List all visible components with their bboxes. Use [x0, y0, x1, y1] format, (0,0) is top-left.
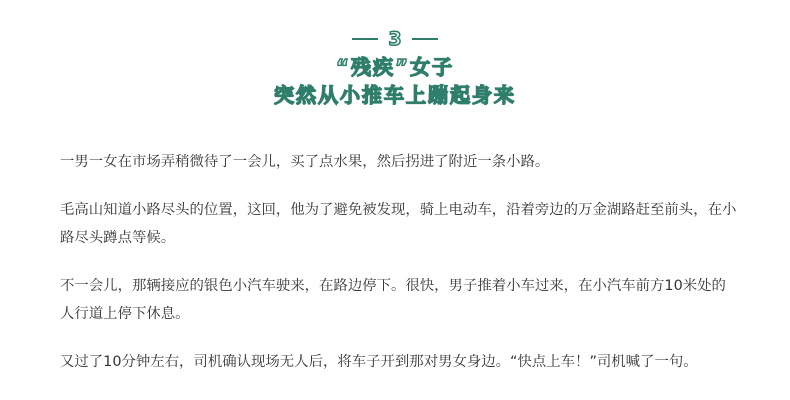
section-title-line2: 突然从小推车上蹦起身来 — [0, 81, 790, 109]
left-dash-divider — [352, 38, 378, 40]
paragraph: 又过了10分钟左右，司机确认现场无人后，将车子开到那对男女身边。“快点上车！”司… — [60, 348, 740, 376]
section-number-line: 3 — [0, 28, 790, 50]
paragraph: 不一会儿，那辆接应的银色小汽车驶来，在路边停下。很快，男子推着小车过来，在小汽车… — [60, 272, 740, 328]
paragraph: 毛高山知道小路尽头的位置，这回，他为了避免被发现，骑上电动车，沿着旁边的万金湖路… — [60, 196, 740, 252]
section-title-line1: “残疾”女子 — [0, 53, 790, 81]
section-header: 3 “残疾”女子 突然从小推车上蹦起身来 — [0, 28, 790, 109]
right-dash-divider — [412, 38, 438, 40]
article-body: 一男一女在市场弄稍微待了一会儿，买了点水果，然后拐进了附近一条小路。 毛高山知道… — [60, 148, 740, 396]
section-number: 3 — [388, 28, 401, 50]
paragraph: 一男一女在市场弄稍微待了一会儿，买了点水果，然后拐进了附近一条小路。 — [60, 148, 740, 176]
